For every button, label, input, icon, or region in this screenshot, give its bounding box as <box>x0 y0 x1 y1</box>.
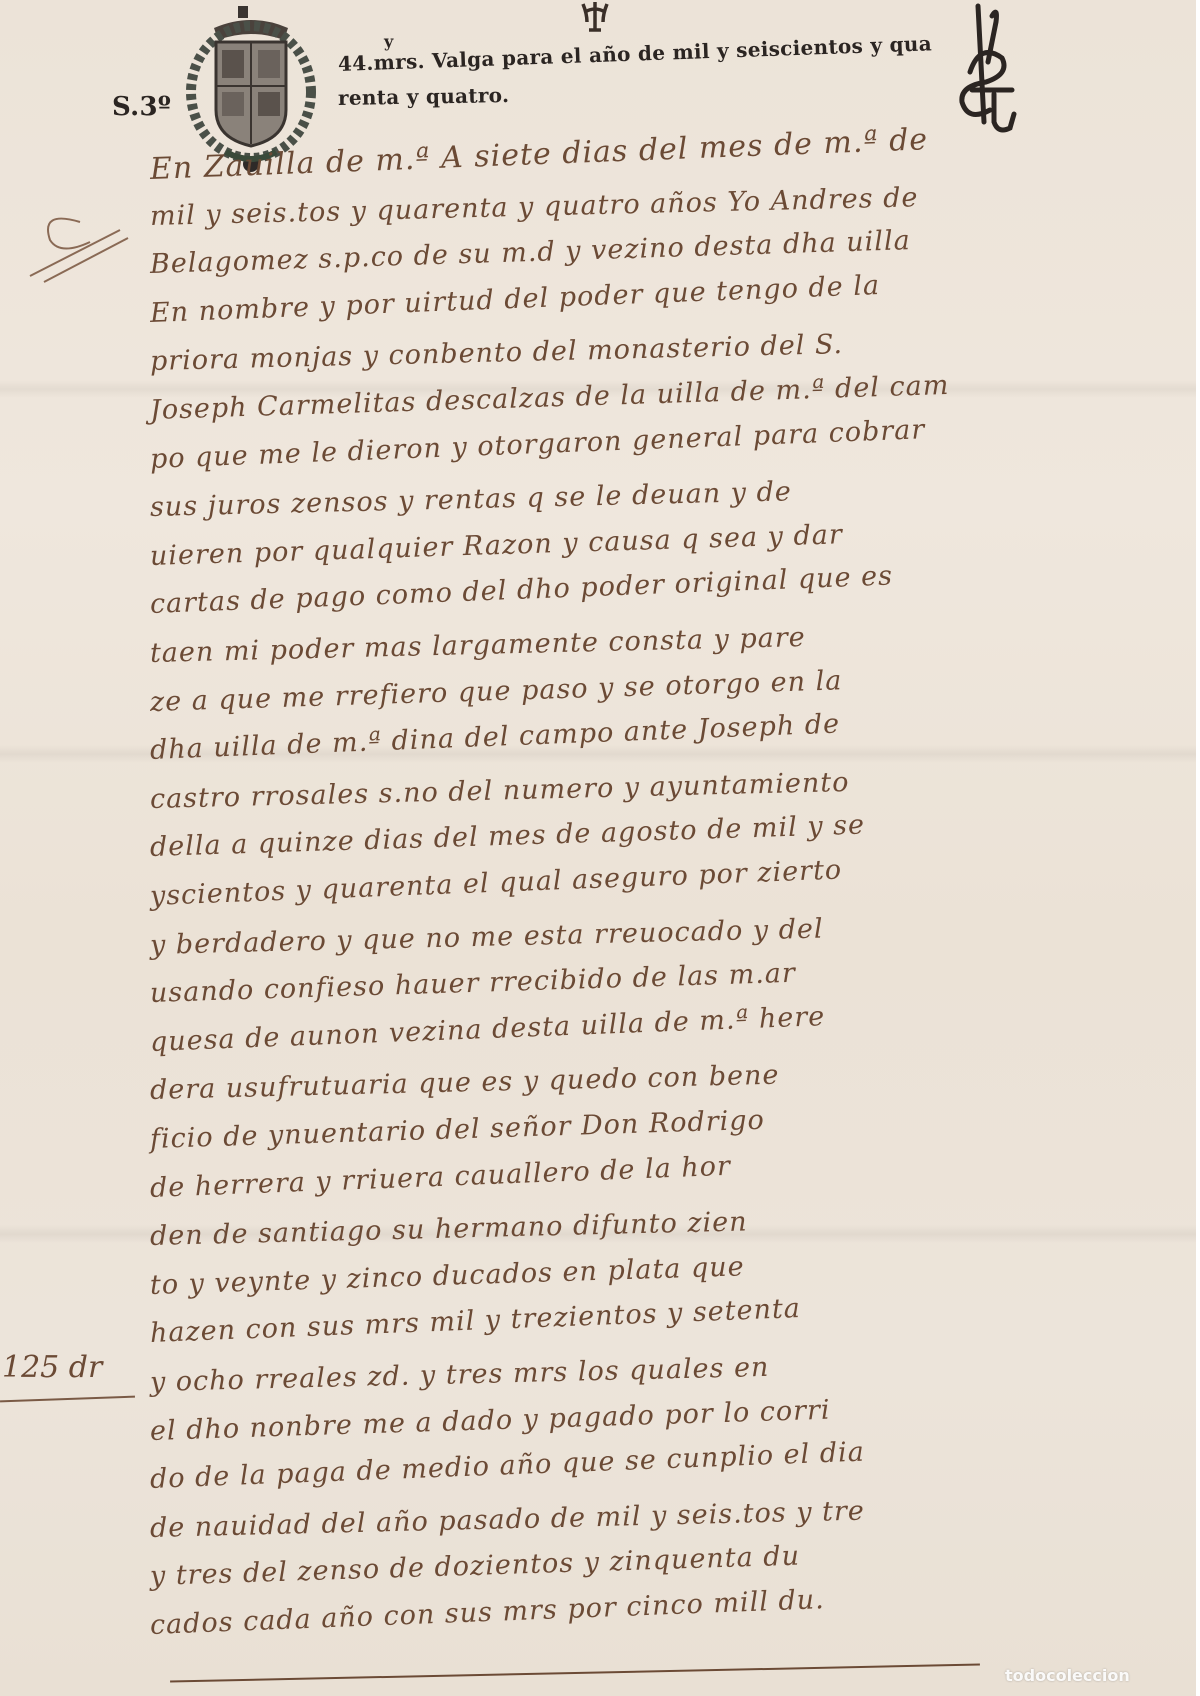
margin-amount-note: 125 dr <box>2 1350 102 1385</box>
stamp-series: S.3º <box>112 92 171 122</box>
manuscript-line: po que me le dieron y otorgaron general … <box>149 414 925 475</box>
notary-rubric-signature-icon <box>950 2 1040 142</box>
manuscript-line: En nombre y por uirtud del poder que ten… <box>149 270 880 329</box>
manuscript-line: de nauidad del año pasado de mil y seis.… <box>150 1495 866 1543</box>
manuscript-line: cartas de pago como del dho poder origin… <box>149 561 893 621</box>
manuscript-line: do de la paga de medio año que se cunpli… <box>149 1437 865 1495</box>
manuscript-line: to y veynte y zinco ducados en plata que <box>150 1251 746 1301</box>
manuscript-line: ze a que me rrefiero que paso y se otorg… <box>150 665 843 718</box>
cross-mark-icon <box>575 0 615 34</box>
manuscript-page: S.3º y 44.mrs. Valga para el año de mil … <box>0 0 1196 1696</box>
stamp-superscript: y <box>384 32 394 51</box>
manuscript-line: y ocho rreales zd. y tres mrs los quales… <box>150 1352 770 1398</box>
manuscript-line: de herrera y rriuera cauallero de la hor <box>149 1150 731 1203</box>
manuscript-line: castro rrosales s.no del numero y ayunta… <box>150 767 850 815</box>
manuscript-line: cados cada año con sus mrs por cinco mil… <box>149 1584 825 1641</box>
manuscript-line: den de santiago su hermano difunto zien <box>150 1207 748 1253</box>
margin-rule <box>0 1396 135 1403</box>
manuscript-line: y tres del zenso de dozientos y zinquent… <box>150 1541 801 1592</box>
stamp-text-line-2: renta y quatro. <box>338 83 510 110</box>
closing-rule <box>170 1664 980 1683</box>
manuscript-line: dera usufrutuaria que es y quedo con ben… <box>150 1060 780 1106</box>
stamp-text-line-1: 44.mrs. Valga para el año de mil y seisc… <box>338 31 933 76</box>
manuscript-line: yscientos y quarenta el qual aseguro por… <box>149 854 842 912</box>
manuscript-line: sus juros zensos y rentas q se le deuan … <box>150 477 793 524</box>
watermark-text: todocoleccion <box>1005 1666 1130 1685</box>
manuscript-line: usando confieso hauer rrecibido de las m… <box>150 958 797 1009</box>
manuscript-line: uieren por qualquier Razon y causa q sea… <box>150 519 844 572</box>
manuscript-line: hazen con sus mrs mil y trezientos y set… <box>149 1293 801 1349</box>
manuscript-line: priora monjas y conbento del monasterio … <box>150 329 844 377</box>
manuscript-line: taen mi poder mas largamente consta y pa… <box>150 622 806 669</box>
manuscript-line: ficio de ynuentario del señor Don Rodrig… <box>150 1105 766 1155</box>
manuscript-line: el dho nonbre me a dado y pagado por lo … <box>150 1394 832 1446</box>
manuscript-line: y berdadero y que no me esta rreuocado y… <box>150 913 824 960</box>
manuscript-line: della a quinze dias del mes de agosto de… <box>150 810 866 863</box>
margin-flourish-icon <box>20 200 130 290</box>
manuscript-line: mil y seis.tos y quarenta y quatro años … <box>150 182 919 232</box>
manuscript-line: Belagomez s.p.co de su m.d y vezino dest… <box>150 225 912 280</box>
manuscript-line: quesa de aunon vezina desta uilla de m.ª… <box>149 1001 825 1058</box>
